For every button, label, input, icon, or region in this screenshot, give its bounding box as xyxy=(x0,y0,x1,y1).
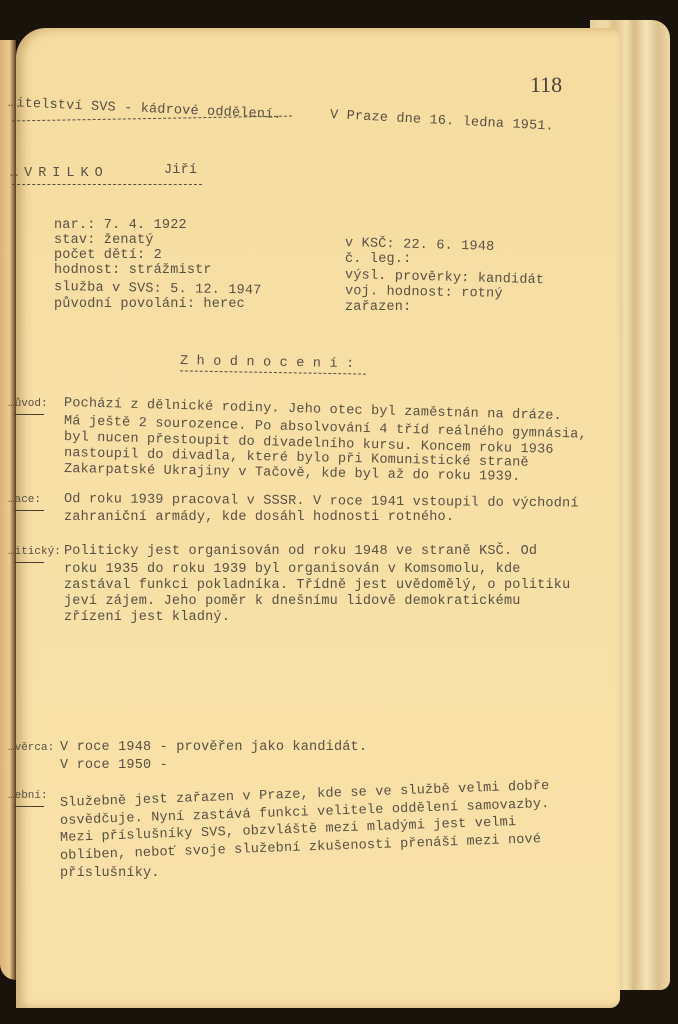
margin-label: …ební: xyxy=(8,790,48,802)
paragraph-line: jeví zájem. Jeho poměr k dnešnímu lidově… xyxy=(64,594,521,609)
margin-label: …věrca: xyxy=(8,742,54,754)
birth-date: nar.: 7. 4. 1922 xyxy=(54,218,187,233)
paragraph-line: V roce 1950 - xyxy=(60,758,168,773)
evaluation-title: Z h o d n o c e n í : xyxy=(180,354,355,372)
margin-label-underline xyxy=(14,414,44,415)
paragraph-line: příslušníky. xyxy=(60,866,160,881)
original-occupation: původní povolání: herec xyxy=(54,297,245,312)
margin-label: …itický: xyxy=(8,546,61,558)
subject-first-name: Jiří xyxy=(164,163,197,178)
paragraph-line: zastával funkci pokladníka. Třídně jest … xyxy=(64,578,570,593)
paragraph-line: V roce 1948 - prověřen jako kandidát. xyxy=(60,740,367,755)
folio-number: 118 xyxy=(530,72,562,98)
children-count: počet dětí: 2 xyxy=(54,248,162,263)
margin-label-underline xyxy=(14,562,44,563)
rank: hodnost: strážmistr xyxy=(54,263,212,278)
paragraph-line: Politicky jest organisován od roku 1948 … xyxy=(64,544,537,559)
margin-label: …ůvod: xyxy=(8,398,48,410)
paragraph-line: zahraniční armády, kde dosáhl hodnosti r… xyxy=(64,510,454,525)
margin-label-underline xyxy=(14,510,44,511)
margin-label: …ace: xyxy=(8,494,41,506)
paragraph-line: zřízení jest kladný. xyxy=(64,610,230,625)
assignment: zařazen: xyxy=(345,300,411,315)
margin-label-underline xyxy=(14,806,44,807)
subject-surname: …VRILKO xyxy=(10,166,109,181)
legion-number: č. leg.: xyxy=(345,252,411,267)
marital-status: stav: ženatý xyxy=(54,233,154,248)
paragraph-line: roku 1935 do roku 1939 byl organisován v… xyxy=(64,562,521,577)
subject-underline xyxy=(12,184,202,185)
